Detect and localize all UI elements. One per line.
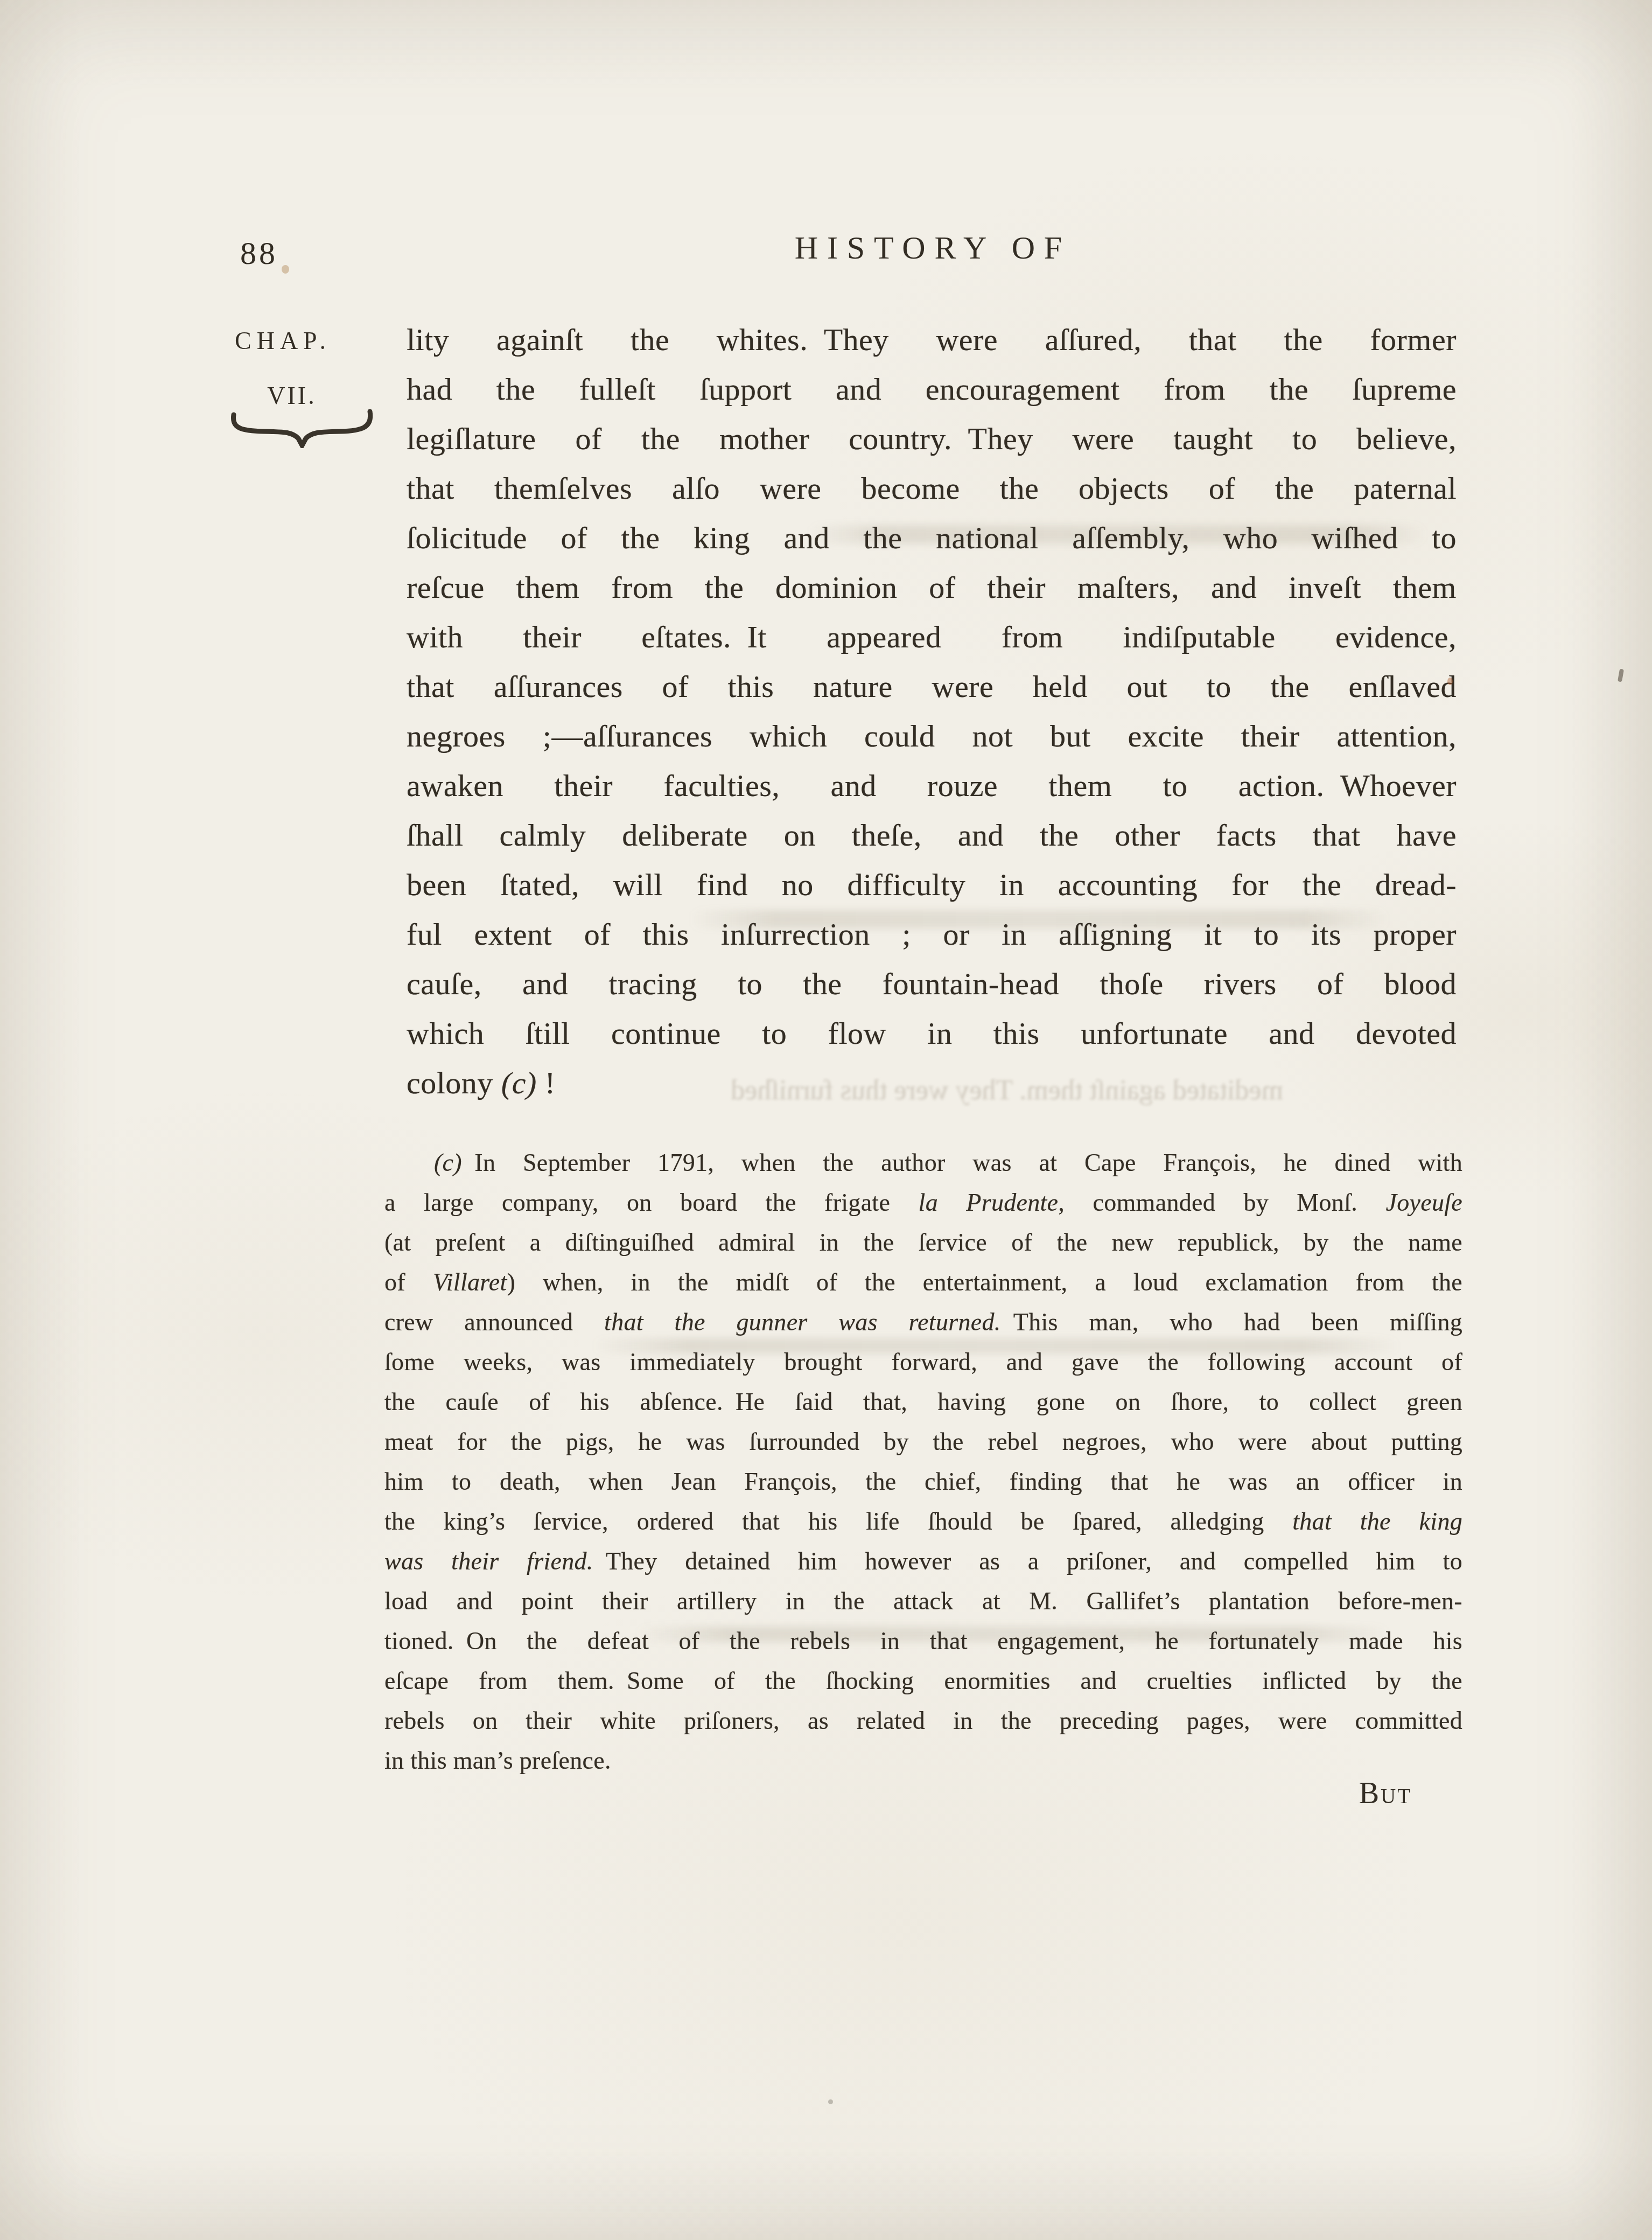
text-line: (at preſent a diſtinguiſhed admiral in t… <box>384 1223 1462 1262</box>
body-text: lity againſt the whites. They were aſſur… <box>407 315 1457 1108</box>
book-page-scan: 88 HISTORY OF CHAP. VII. meditated again… <box>0 0 1652 2240</box>
chapter-brace-icon <box>230 403 375 448</box>
text-line: in this man’s preſence. <box>384 1741 1462 1781</box>
text-line: reſcue them from the dominion of their m… <box>407 563 1457 612</box>
text-line: which ſtill continue to flow in this unf… <box>407 1009 1457 1058</box>
text-line: ſolicitude of the king and the national … <box>407 513 1457 563</box>
text-line: ſhall calmly deliberate on theſe, and th… <box>407 811 1457 860</box>
text-line: ſome weeks, was immediately brought forw… <box>384 1342 1462 1382</box>
text-line: cauſe, and tracing to the fountain-head … <box>407 959 1457 1009</box>
running-title: HISTORY OF <box>390 229 1467 267</box>
text-line: eſcape from them. Some of the ſhocking e… <box>384 1661 1462 1701</box>
text-line: load and point their artillery in the at… <box>384 1581 1462 1621</box>
catchword: But <box>1143 1776 1412 1811</box>
text-line: colony (c) ! <box>407 1058 1457 1108</box>
text-line: that aſſurances of this nature were held… <box>407 662 1457 711</box>
text-line: him to death, when Jean François, the ch… <box>384 1462 1462 1502</box>
text-line: was their friend. They detained him howe… <box>384 1541 1462 1581</box>
text-line: of Villaret) when, in the midſt of the e… <box>384 1262 1462 1302</box>
ink-speck <box>828 2099 833 2104</box>
text-line: legiſlature of the mother country. They … <box>407 414 1457 464</box>
page-number: 88 <box>240 235 278 272</box>
text-line: negroes ;—aſſurances which could not but… <box>407 711 1457 761</box>
text-line: the cauſe of his abſence. He ſaid that, … <box>384 1382 1462 1422</box>
text-line: (c) In September 1791, when the author w… <box>384 1143 1462 1183</box>
chapter-label: CHAP. <box>235 326 331 355</box>
footnote-text: (c) In September 1791, when the author w… <box>384 1143 1462 1781</box>
text-line: crew announced that the gunner was retur… <box>384 1302 1462 1342</box>
text-line: meat for the pigs, he was ſurrounded by … <box>384 1422 1462 1462</box>
text-line: lity againſt the whites. They were aſſur… <box>407 315 1457 365</box>
text-line: had the fulleſt ſupport and encouragemen… <box>407 365 1457 414</box>
text-line: rebels on their white priſoners, as rela… <box>384 1701 1462 1741</box>
text-line: tioned. On the defeat of the rebels in t… <box>384 1621 1462 1661</box>
text-line: the king’s ſervice, ordered that his lif… <box>384 1502 1462 1541</box>
text-line: been ſtated, will find no difficulty in … <box>407 860 1457 910</box>
text-line: awaken their faculties, and rouze them t… <box>407 761 1457 811</box>
text-line: with their eſtates. It appeared from ind… <box>407 612 1457 662</box>
text-line: that themſelves alſo were become the obj… <box>407 464 1457 513</box>
foxing-spot <box>282 265 289 274</box>
ink-speck <box>1618 668 1624 682</box>
text-line: ful extent of this inſurrection ; or in … <box>407 910 1457 959</box>
text-line: a large company, on board the frigate la… <box>384 1183 1462 1223</box>
